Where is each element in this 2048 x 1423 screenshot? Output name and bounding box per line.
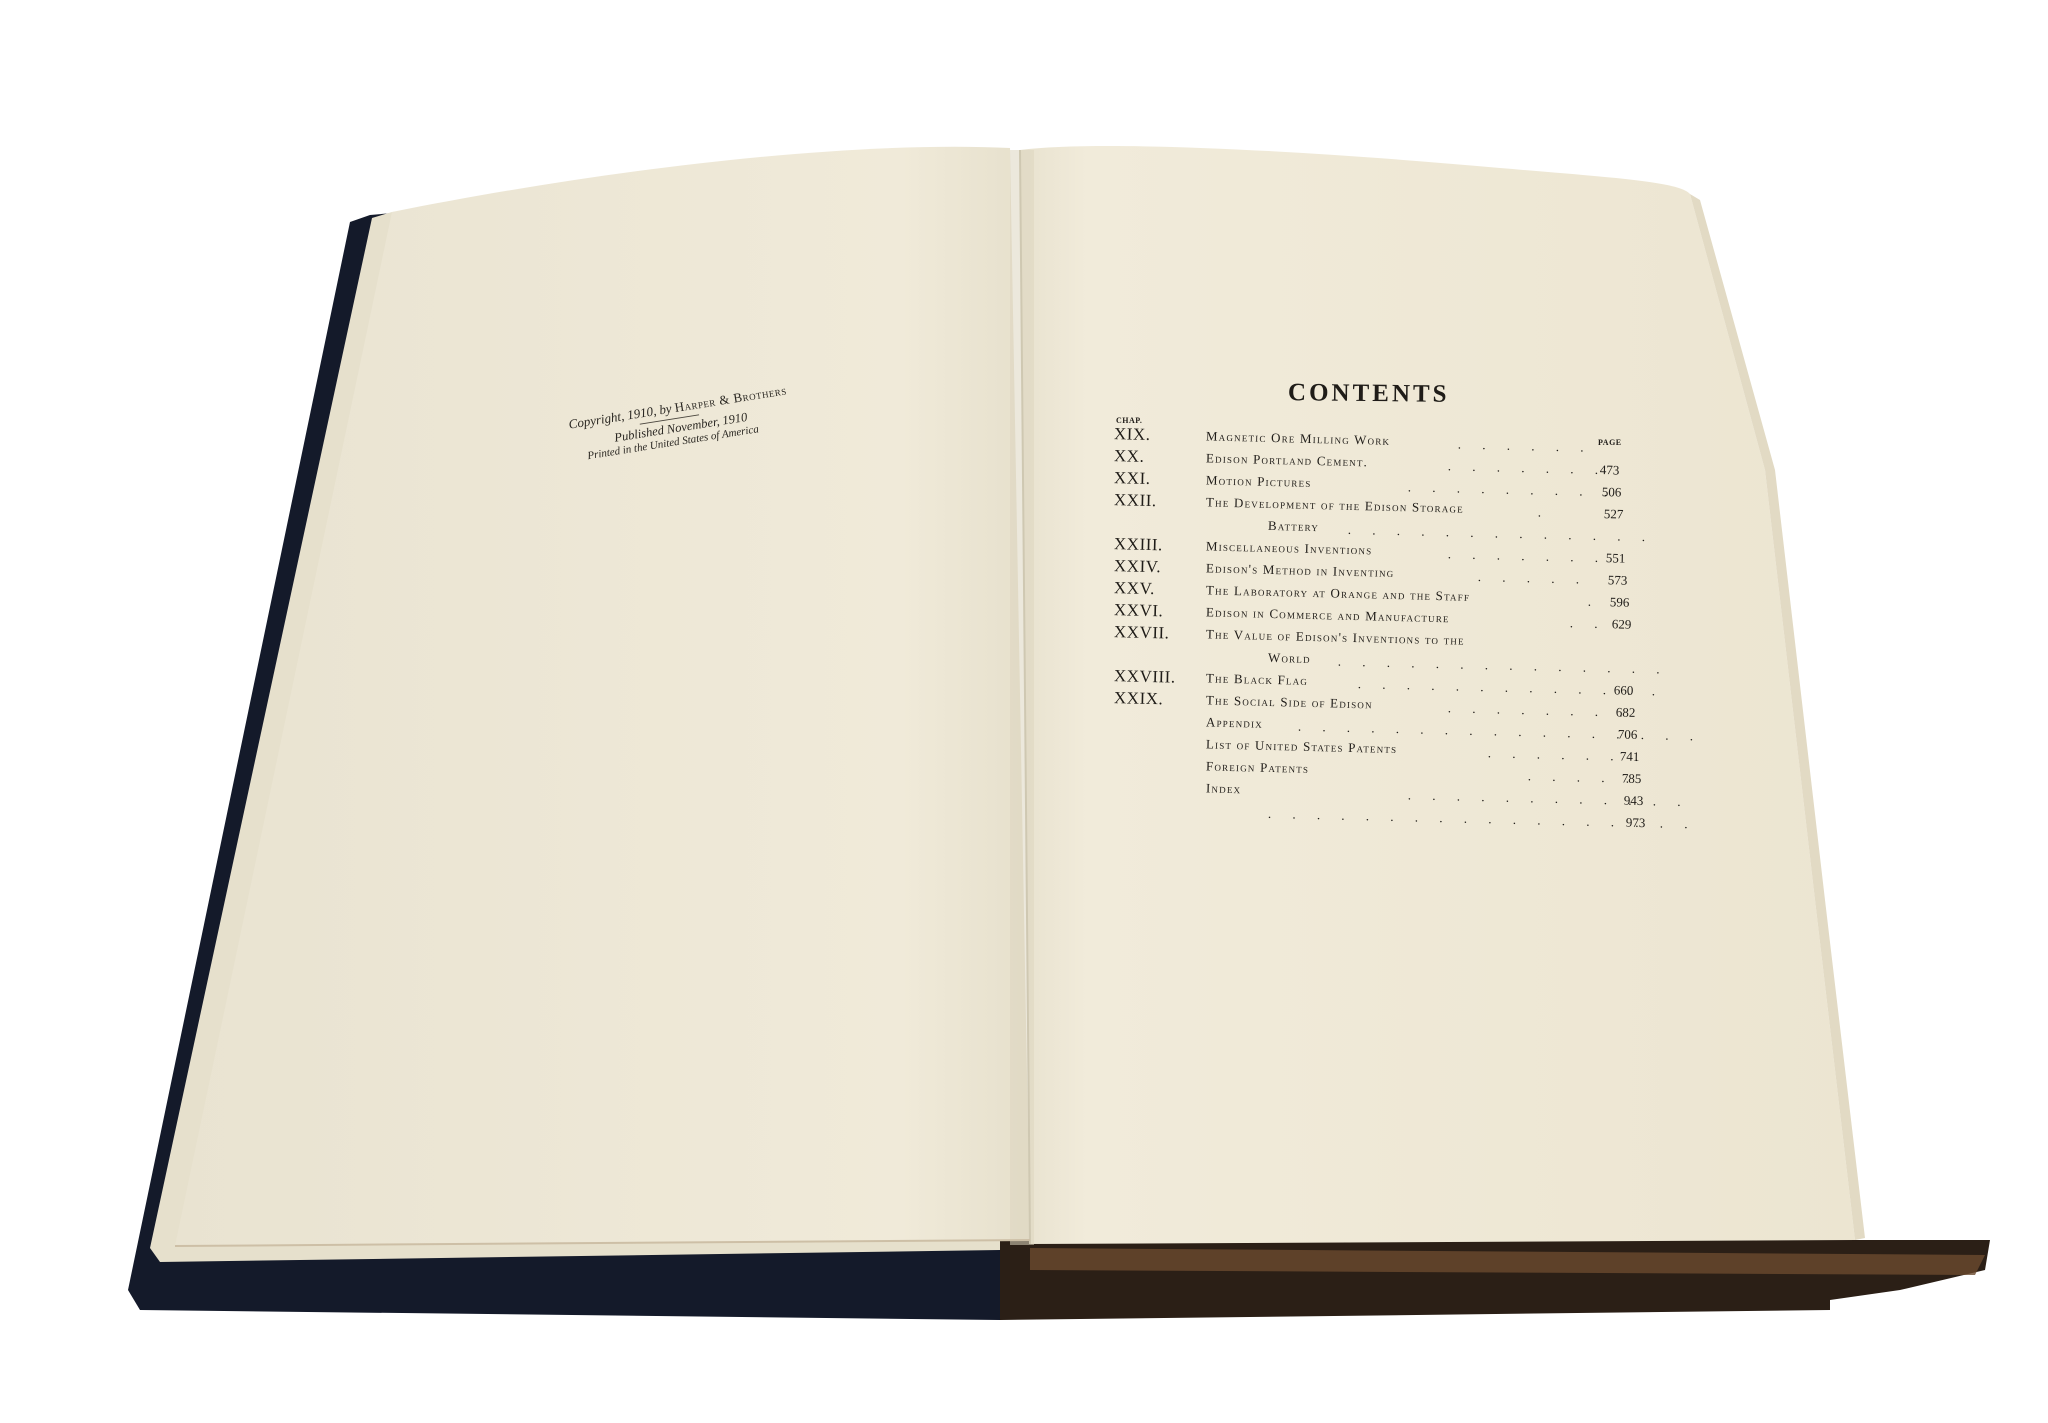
page-number: 741: [1620, 749, 1640, 765]
chapter-title: The Value of Edison's Inventions to the: [1206, 626, 1465, 648]
chapter-title: The Social Side of Edison: [1206, 692, 1373, 712]
chapter-title-continuation: World: [1268, 650, 1311, 667]
contents-heading: CONTENTS: [1288, 379, 1450, 409]
leader-dots: . . . . . . .: [1448, 546, 1608, 566]
page-number: 527: [1604, 506, 1624, 522]
page-number: 551: [1606, 550, 1626, 566]
chapter-title-continuation: Battery: [1268, 518, 1319, 535]
chapter-title: Edison's Method in Inventing: [1206, 560, 1395, 581]
leader-dots: . . . . . . . .: [1448, 700, 1632, 720]
index-title: Index: [1206, 780, 1242, 797]
book-photo: Copyright, 1910, by Harper & Brothers Pu…: [0, 0, 2048, 1423]
chapter-title: Edison in Commerce and Manufacture: [1206, 604, 1450, 626]
leader-dots: . . . . . . .: [1448, 458, 1608, 478]
chapter-number: XXIII.: [1114, 534, 1163, 555]
chapter-number: XXII.: [1114, 490, 1157, 511]
page-number: 660: [1614, 682, 1634, 698]
leader-dots: . . . . . .: [1458, 437, 1593, 456]
left-page: [175, 147, 1030, 1246]
chapter-number: XXI.: [1114, 468, 1151, 489]
page-number: 596: [1610, 594, 1630, 610]
chapter-number: XXIV.: [1114, 556, 1162, 577]
page-number: 785: [1622, 771, 1642, 787]
appendix-title: Appendix: [1206, 714, 1263, 731]
page-number: 682: [1616, 704, 1636, 720]
page-number: 473: [1600, 462, 1620, 478]
chapter-title: Miscellaneous Inventions: [1206, 538, 1373, 558]
chapter-number: XXVIII.: [1114, 666, 1176, 687]
page-number: 973: [1626, 815, 1646, 831]
foreign-patents-title: Foreign Patents: [1206, 758, 1310, 777]
chapter-title: The Development of the Edison Storage: [1206, 494, 1464, 516]
us-patents-title: List of United States Patents: [1206, 736, 1398, 757]
chapter-title: Motion Pictures: [1206, 472, 1312, 491]
chapter-number: XIX.: [1114, 424, 1151, 445]
page-number: 629: [1612, 616, 1632, 632]
chapter-number: XX.: [1114, 446, 1145, 467]
page-number: 943: [1624, 793, 1644, 809]
chapter-title: Edison Portland Cement.: [1206, 450, 1368, 470]
page-number: 573: [1608, 572, 1628, 588]
page-number: 506: [1602, 484, 1622, 500]
leader-dots: .: [1588, 594, 1601, 610]
chapter-number: XXVI.: [1114, 600, 1164, 621]
chapter-number: XXIX.: [1114, 688, 1164, 709]
chapter-title: The Black Flag: [1206, 670, 1309, 688]
open-book-illustration: [0, 0, 2048, 1423]
chapter-title: The Laboratory at Orange and the Staff: [1206, 582, 1471, 604]
chapter-title: Magnetic Ore Milling Work: [1206, 428, 1391, 448]
leader-dots: . . . . .: [1478, 569, 1589, 588]
chapter-number: XXVII.: [1114, 622, 1170, 643]
page-number: 706: [1618, 726, 1638, 742]
leader-dots: . .: [1570, 615, 1607, 632]
chapter-number: XXV.: [1114, 578, 1155, 599]
leader-dots: .: [1538, 505, 1551, 521]
